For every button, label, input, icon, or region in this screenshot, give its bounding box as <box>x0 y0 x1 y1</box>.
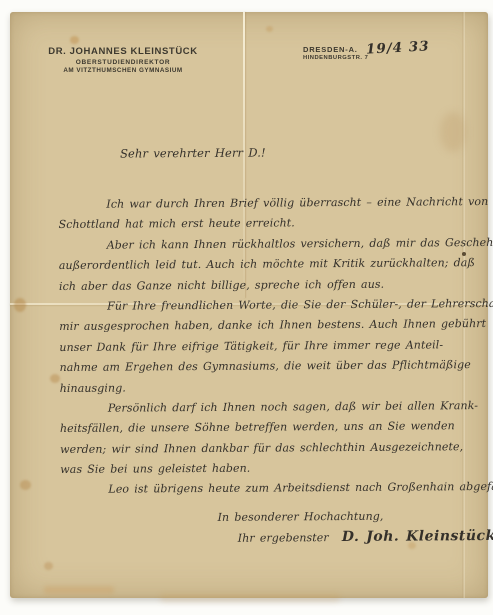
paragraph: Aber ich kann Ihnen rückhaltlos versiche… <box>59 233 463 297</box>
handwritten-line: Leo ist übrigens heute zum Arbeitsdienst… <box>60 478 464 501</box>
handwritten-line: heitsfällen, die unsere Söhne betreffen … <box>60 416 464 439</box>
foxing-stain <box>14 298 26 312</box>
letter-paper: DR. JOHANNES KLEINSTÜCK OBERSTUDIENDIREK… <box>10 12 488 598</box>
signature-line: Ihr ergebenster D. Joh. Kleinstück <box>238 528 465 546</box>
foxing-stain <box>160 594 340 602</box>
faded-stamp-mark <box>44 586 114 594</box>
foxing-stain <box>266 26 273 32</box>
signature-name: D. Joh. Kleinstück <box>342 528 493 545</box>
scan-background: DR. JOHANNES KLEINSTÜCK OBERSTUDIENDIREK… <box>0 0 493 615</box>
handwritten-line: unser Dank für Ihre eifrige Tätigkeit, f… <box>59 335 463 358</box>
sender-street: HINDENBURGSTR. 7 <box>303 55 368 61</box>
handwritten-line: nahme am Ergehen des Gymnasiums, die wei… <box>59 355 463 378</box>
sender-title: OBERSTUDIENDIREKTOR <box>44 59 202 66</box>
handwritten-line: Persönlich darf ich Ihnen noch sagen, da… <box>60 396 464 419</box>
salutation: Sehr verehrter Herr D.! <box>120 144 462 160</box>
letterhead-sender-block: DR. JOHANNES KLEINSTÜCK OBERSTUDIENDIREK… <box>44 46 202 74</box>
paragraph: Ich war durch Ihren Brief völlig überras… <box>58 192 462 236</box>
handwritten-date: 19/4 33 <box>366 38 430 57</box>
foxing-stain <box>70 36 79 44</box>
foxing-stain <box>44 562 53 570</box>
foxing-stain <box>50 374 60 383</box>
foxing-stain <box>20 480 31 490</box>
sender-name: DR. JOHANNES KLEINSTÜCK <box>44 46 202 57</box>
handwritten-line: ich aber das Ganze nicht billige, sprech… <box>59 274 463 297</box>
paragraph: Leo ist übrigens heute zum Arbeitsdienst… <box>60 478 464 501</box>
handwritten-line: Für Ihre freundlichen Worte, die Sie der… <box>59 294 463 317</box>
handwritten-line: mir ausgesprochen haben, danke ich Ihnen… <box>59 315 463 338</box>
handwritten-line: werden; wir sind Ihnen dankbar für das s… <box>60 437 464 460</box>
sender-city: DRESDEN-A. <box>303 45 368 54</box>
handwritten-line: Ich war durch Ihren Brief völlig überras… <box>58 192 462 215</box>
letterhead-address-block: DRESDEN-A. HINDENBURGSTR. 7 <box>303 45 368 61</box>
paragraph: Persönlich darf ich Ihnen noch sagen, da… <box>60 396 465 480</box>
paragraph: Für Ihre freundlichen Worte, die Sie der… <box>59 294 464 399</box>
handwritten-line: hinausging. <box>60 376 464 399</box>
signature-intro: Ihr ergebenster <box>238 531 329 545</box>
sender-institution: AM VITZTHUMSCHEN GYMNASIUM <box>44 67 202 74</box>
closing-line: In besonderer Hochachtung, <box>218 506 465 528</box>
handwritten-line: was Sie bei uns geleistet haben. <box>60 457 464 480</box>
handwritten-line: außerordentlich leid tut. Auch ich möcht… <box>59 253 463 276</box>
handwritten-line: Aber ich kann Ihnen rückhaltlos versiche… <box>59 233 463 256</box>
handwritten-line: Schottland hat mich erst heute erreicht. <box>58 213 462 236</box>
letter-body: Sehr verehrter Herr D.! Ich war durch Ih… <box>58 144 465 547</box>
